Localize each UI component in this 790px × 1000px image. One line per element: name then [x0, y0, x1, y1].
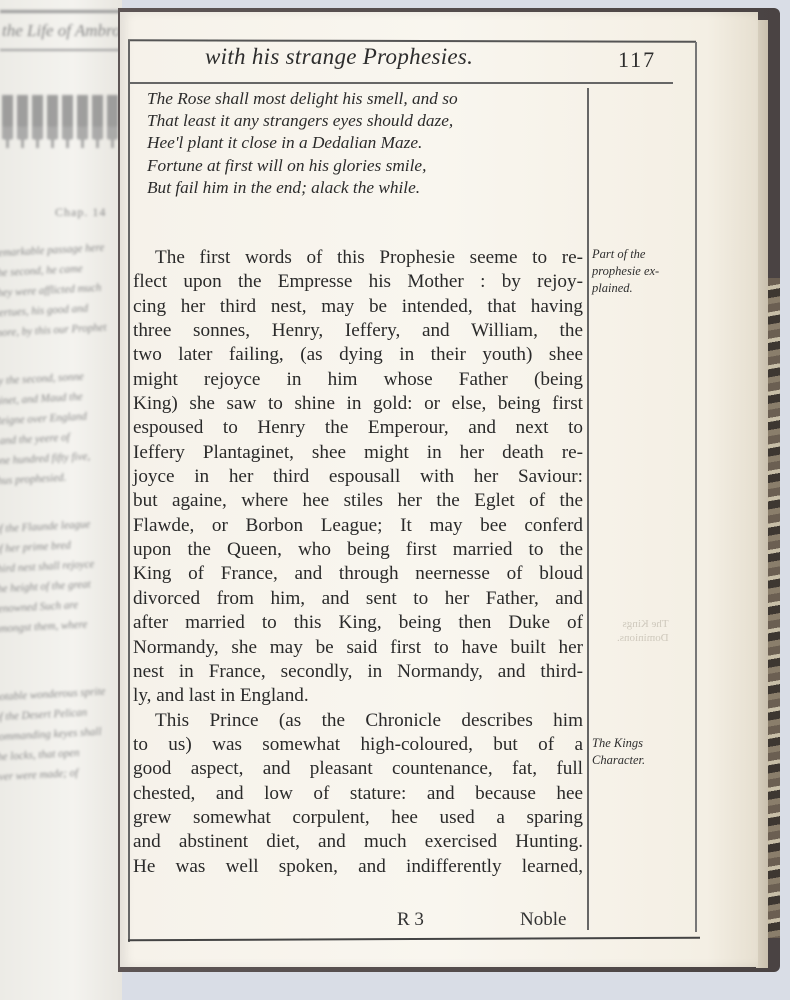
rule-right: [695, 42, 697, 932]
marginal-note-prophesie: Part of the prophesie ex- plained.: [592, 246, 659, 297]
rule-margin-column: [587, 88, 589, 930]
text-line: espoused to Henry the Emperour, and next…: [133, 416, 583, 440]
verse-line: Fortune at first will on his glories smi…: [147, 155, 458, 177]
rule-left: [128, 40, 130, 942]
text-line: Flawde, or Borbon League; It may bee con…: [133, 514, 583, 538]
text-line: good aspect, and pleasant countenance, f…: [133, 757, 583, 781]
text-line: two later failing, (as dying in their yo…: [133, 343, 583, 367]
text-line: King of France, and through neernesse of…: [133, 562, 583, 586]
text-line: but againe, where hee stiles her the Egl…: [133, 489, 583, 513]
text-line: Normandy, she may be said first to have …: [133, 636, 583, 660]
verse-line: Hee'l plant it close in a Dedalian Maze.: [147, 132, 458, 154]
text-line: Ieffery Plantaginet, shee might in her d…: [133, 441, 583, 465]
text-line: might rejoyce in him whose Father (being: [133, 368, 583, 392]
left-facing-page: the Life of Ambrose Chap. 14 remarkable …: [0, 0, 122, 1000]
text-line: divorced from him, and sent to her Fathe…: [133, 587, 583, 611]
text-line: joyce in her third espousall with her Sa…: [133, 465, 583, 489]
marginal-note-character: The Kings Character.: [592, 735, 645, 769]
show-through-note: The Kings Dominions.: [617, 617, 669, 645]
text-line: to us) was somewhat high-coloured, but o…: [133, 733, 583, 757]
left-chapter-label: Chap. 14: [55, 205, 106, 220]
verse-block: The Rose shall most delight his smell, a…: [147, 88, 458, 199]
verse-line: But fail him in the end; alack the while…: [147, 177, 458, 199]
printer-ornament: [2, 95, 118, 165]
text-line: and abstinent diet, and much exercised H…: [133, 830, 583, 854]
page-number: 117: [618, 47, 656, 73]
text-line: cing her third nest, may be intended, th…: [133, 295, 583, 319]
text-line: The first words of this Prophesie seeme …: [133, 246, 583, 270]
body-text: The first words of this Prophesie seeme …: [133, 246, 583, 879]
text-line: three sonnes, Henry, Ieffery, and Willia…: [133, 319, 583, 343]
rule-under-headline: [128, 82, 673, 84]
running-head: with his strange Prophesies.: [205, 44, 473, 70]
text-line: after married to this King, being then D…: [133, 611, 583, 635]
marbled-board: [768, 278, 780, 938]
text-line: He was well spoken, and indifferently le…: [133, 855, 583, 879]
text-line: upon the Queen, who being first married …: [133, 538, 583, 562]
left-page-text: remarkable passage here the second, he c…: [0, 240, 122, 784]
text-line: flect upon the Empresse his Mother : by …: [133, 270, 583, 294]
text-line: grew somewhat corpulent, hee used a spar…: [133, 806, 583, 830]
text-line: nest in France, secondly, in Normandy, a…: [133, 660, 583, 684]
text-line: ly, and last in England.: [133, 684, 583, 708]
text-line: chested, and low of stature: and because…: [133, 782, 583, 806]
text-line: This Prince (as the Chronicle describes …: [133, 709, 583, 733]
text-line: King) she saw to shine in gold: or else,…: [133, 392, 583, 416]
signature-mark: R 3: [397, 909, 424, 931]
catchword: Noble: [520, 909, 566, 931]
left-running-head: the Life of Ambrose: [0, 10, 122, 51]
verse-line: The Rose shall most delight his smell, a…: [147, 88, 458, 110]
verse-line: That least it any strangers eyes should …: [147, 110, 458, 132]
